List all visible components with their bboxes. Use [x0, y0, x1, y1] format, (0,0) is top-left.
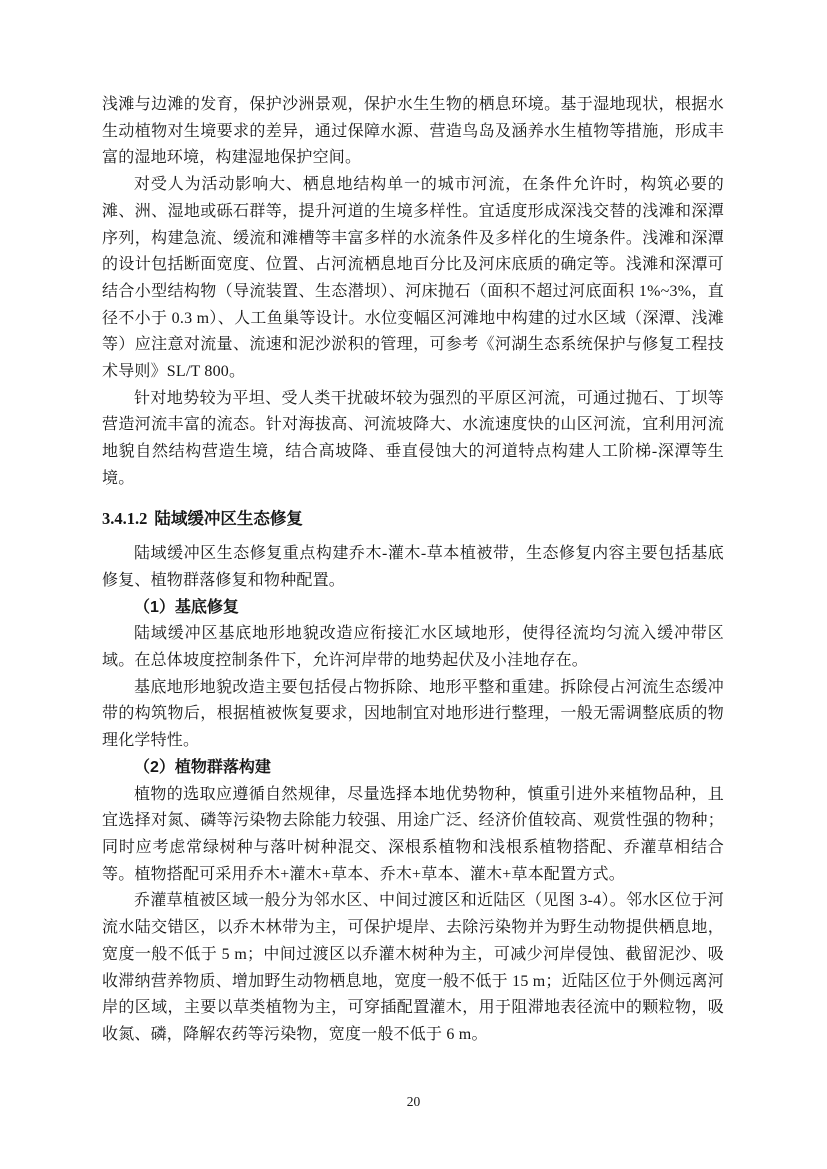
paragraph-vegetation-zones: 乔灌草植被区域一般分为邻水区、中间过渡区和近陆区（见图 3-4）。邻水区位于河流…: [102, 888, 724, 1048]
paragraph-wetland-habitat-continuation: 浅滩与边滩的发育，保护沙洲景观，保护水生生物的栖息环境。基于湿地现状，根据水生动…: [102, 92, 724, 172]
paragraph-buffer-zone-overview: 陆域缓冲区生态修复重点构建乔木-灌木-草本植被带，生态修复内容主要包括基底修复、…: [102, 541, 724, 594]
paragraph-urban-river-habitat: 对受人为活动影响大、栖息地结构单一的城市河流，在条件允许时，构筑必要的滩、洲、湿…: [102, 172, 724, 386]
paragraph-substrate-terrain: 陆域缓冲区基底地形地貌改造应衔接汇水区域地形，使得径流均匀流入缓冲带区域。在总体…: [102, 621, 724, 674]
section-heading-3412: 3.4.1.2陆域缓冲区生态修复: [102, 506, 724, 533]
paragraph-plant-selection: 植物的选取应遵循自然规律，尽量选择本地优势物种，慎重引进外来植物品种，且宜选择对…: [102, 782, 724, 889]
page-content: 浅滩与边滩的发育，保护沙洲景观，保护水生生物的栖息环境。基于湿地现状，根据水生动…: [102, 92, 724, 1049]
section-number: 3.4.1.2: [102, 509, 147, 528]
paragraph-terrain-reshaping: 基底地形地貌改造主要包括侵占物拆除、地形平整和重建。拆除侵占河流生态缓冲带的构筑…: [102, 675, 724, 755]
sub-heading-plant-community: （2）植物群落构建: [102, 755, 724, 782]
paragraph-plain-mountain-rivers: 针对地势较为平坦、受人类干扰破坏较为强烈的平原区河流，可通过抛石、丁坝等营造河流…: [102, 386, 724, 493]
page-number: 20: [407, 1094, 421, 1109]
document-page: 浅滩与边滩的发育，保护沙洲景观，保护水生生物的栖息环境。基于湿地现状，根据水生动…: [0, 0, 827, 1169]
section-title: 陆域缓冲区生态修复: [154, 510, 303, 528]
sub-heading-substrate-restoration: （1）基底修复: [102, 595, 724, 622]
page-footer: 20: [0, 1093, 827, 1111]
